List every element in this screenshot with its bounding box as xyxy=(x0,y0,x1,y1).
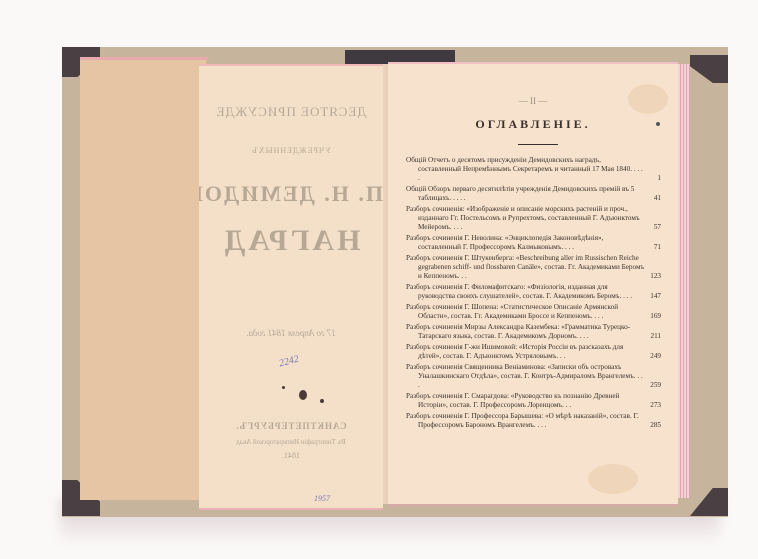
toc-page-number: 211 xyxy=(650,332,661,341)
ink-blot xyxy=(299,390,307,400)
toc-page-number: 123 xyxy=(650,272,661,281)
ink-blot-small xyxy=(282,386,285,389)
toc-entry: Общій Обзоръ перваго десятилѣтія учрежде… xyxy=(406,185,661,203)
toc-page-number: 71 xyxy=(654,243,661,252)
toc-entry: Разборъ сочиненія Г. Неволина: «Энциклоп… xyxy=(406,234,661,252)
right-page-contents: — II — ОГЛАВЛЕНІЕ. Общій Отчетъ о десято… xyxy=(388,62,678,506)
handwritten-note: 2242 xyxy=(278,354,300,370)
toc-page-number: 1 xyxy=(657,174,661,183)
mirrored-year: 1841. xyxy=(199,451,383,460)
mirrored-printer: Въ Типографіи Императорской Акад xyxy=(199,438,383,446)
toc-entry: Разборъ сочиненія Мирзы Александра Казем… xyxy=(406,323,661,341)
mirrored-title-line4: НАГРАД xyxy=(199,224,383,258)
foxing-stain xyxy=(588,464,638,494)
toc-entry: Разборъ сочиненія Г. Штукенберга: «Besch… xyxy=(406,254,661,282)
toc-page-number: 273 xyxy=(650,401,661,410)
toc-entry: Разборъ сочиненія Г-жи Ишимовой: «Исторі… xyxy=(406,343,661,361)
mirrored-city: САНКТПЕТЕРБУРГЪ. xyxy=(199,421,383,431)
toc-page-number: 147 xyxy=(650,292,661,301)
toc-page-number: 249 xyxy=(650,352,661,361)
mirrored-title-line3: П. Н. ДЕМИДОВ xyxy=(199,181,383,207)
toc-entry: Разборъ сочиненія Г. Смарагдова: «Руково… xyxy=(406,392,661,410)
toc-page-number: 285 xyxy=(650,421,661,430)
title-rule xyxy=(518,144,558,145)
toc-entry: Общій Отчетъ о десятомъ присужденіи Деми… xyxy=(406,156,661,184)
library-stamp: 1957 xyxy=(314,494,330,503)
page-title: ОГЛАВЛЕНІЕ. xyxy=(388,117,678,132)
endpaper-left xyxy=(80,57,208,500)
table-of-contents: Общій Отчетъ о десятомъ присужденіи Деми… xyxy=(406,156,661,432)
toc-entry: Разборъ сочиненія Священника Веніаминова… xyxy=(406,363,661,391)
page-edges xyxy=(678,64,690,498)
toc-page-number: 259 xyxy=(650,381,661,390)
toc-page-number: 169 xyxy=(650,312,661,321)
toc-entry: Разборъ сочиненія Г. Профессора Барышева… xyxy=(406,412,661,430)
ink-blot-small xyxy=(320,399,324,403)
mirrored-title-line1: ДЕСЯТОЕ ПРИСУЖДЕ xyxy=(199,104,383,120)
toc-page-number: 41 xyxy=(654,194,661,203)
page-number: — II — xyxy=(388,96,678,106)
toc-entry: Разборъ сочиненія Г. Шопена: «Статистиче… xyxy=(406,303,661,321)
toc-page-number: 57 xyxy=(654,223,661,232)
toc-entry: Разборъ сочиненія: «Изображеніе и описан… xyxy=(406,205,661,233)
toc-entry: Разборъ сочиненія Г. Филомафитскаго: «Фи… xyxy=(406,283,661,301)
left-page-verso: ДЕСЯТОЕ ПРИСУЖДЕ УЧРЕЖДЕННЫХЪ П. Н. ДЕМИ… xyxy=(199,64,383,510)
mirrored-date: 17 го Апреля 1841 года. xyxy=(199,328,383,338)
mirrored-title-line2: УЧРЕЖДЕННЫХЪ xyxy=(199,146,383,155)
